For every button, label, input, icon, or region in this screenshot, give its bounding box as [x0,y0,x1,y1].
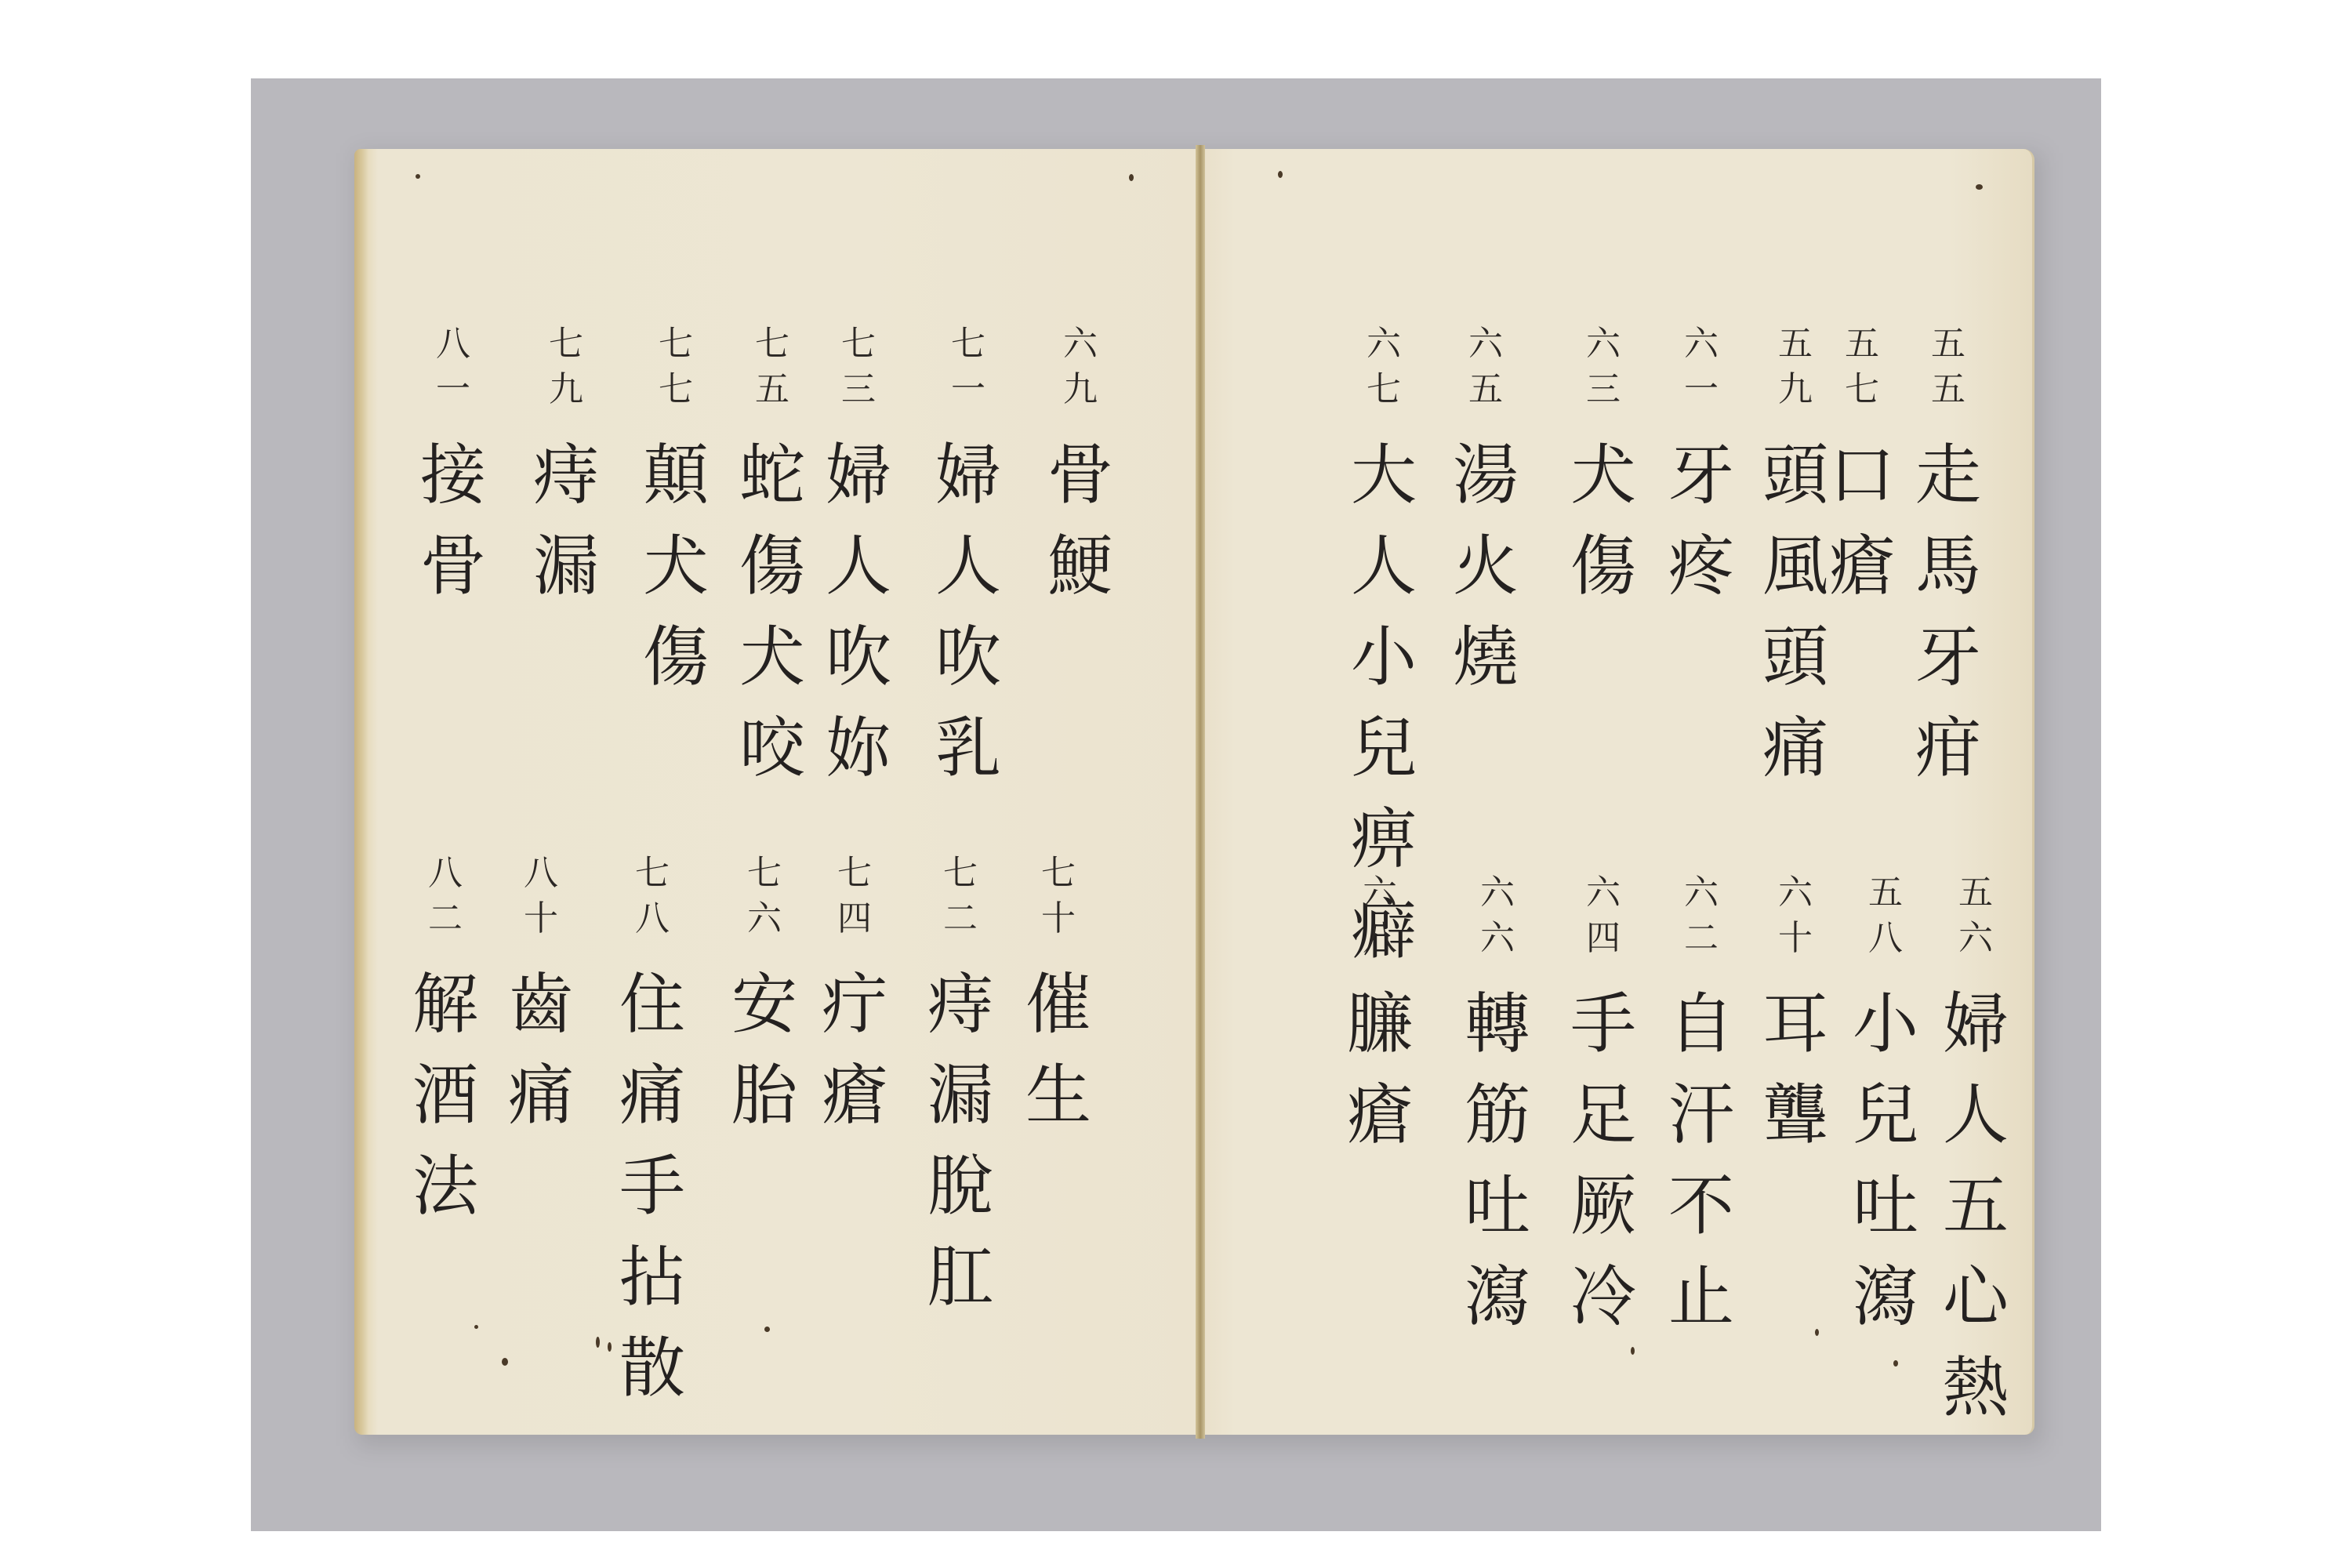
toc-entry: 五六婦人五心熱 [1936,870,2015,1433]
entry-number: 七七 [659,321,693,412]
paper-speck [502,1358,508,1366]
entry-title: 婦人五心熱 [1943,978,2009,1433]
toc-entry: 五七口瘡 [1823,321,1901,612]
entry-title: 婦人吹乳 [935,430,1001,793]
toc-entry: 七九痔漏 [527,321,605,612]
entry-number: 五五 [1931,321,1965,412]
toc-entry: 七四疔瘡 [815,851,894,1141]
toc-entry: 六三犬傷 [1564,321,1642,612]
toc-entry: 八二解酒法 [406,851,485,1232]
entry-title: 臁瘡 [1347,978,1413,1160]
entry-number: 七九 [549,321,583,412]
entry-title: 轉筋吐瀉 [1465,978,1530,1342]
toc-entry: 六九骨鯁 [1041,321,1120,612]
toc-entry: 七五蛇傷犬咬 [733,321,811,793]
paper-speck [1893,1360,1898,1367]
entry-title: 湯火燒 [1453,430,1519,702]
entry-title: 催生 [1025,959,1091,1141]
toc-entry: 八一接骨 [414,321,492,612]
entry-title: 蛇傷犬咬 [739,430,805,793]
entry-title: 住痛手拈散 [619,959,685,1414]
entry-number: 七十 [1041,851,1076,942]
entry-title: 痔漏 [533,430,599,612]
entry-number: 六九 [1063,321,1098,412]
paper-speck [764,1327,770,1332]
entry-title: 自汗不止 [1668,978,1734,1342]
paper-speck [608,1342,612,1352]
entry-number: 六一 [1684,321,1719,412]
toc-entry: 六二自汗不止 [1662,870,1740,1342]
toc-entry: 七三婦人吹妳 [819,321,898,793]
entry-number: 六五 [1468,321,1503,412]
toc-entry: 六十耳聾 [1756,870,1835,1160]
toc-entry: 七一婦人吹乳 [929,321,1007,793]
entry-title: 安胎 [731,959,797,1141]
entry-number: 七一 [951,321,985,412]
paper-speck [1815,1329,1819,1336]
entry-number: 六七 [1367,321,1401,412]
entry-number: 八一 [436,321,470,412]
toc-entry: 五九頭風頭痛 [1756,321,1835,793]
toc-entry: 八十齒痛 [502,851,580,1141]
entry-title: 走馬牙疳 [1915,430,1981,793]
entry-title: 顛犬傷 [643,430,709,702]
entry-number: 六二 [1684,870,1719,961]
toc-entry: 七七顛犬傷 [637,321,715,702]
entry-number: 六六 [1480,870,1515,961]
book-spine-gutter [1196,145,1205,1439]
entry-title: 疔瘡 [822,959,887,1141]
entry-title: 手足厥冷 [1570,978,1636,1342]
toc-entry: 五八小兒吐瀉 [1846,870,1925,1342]
entry-number: 七三 [841,321,876,412]
entry-number: 七二 [943,851,978,942]
entry-number: 六四 [1586,870,1621,961]
toc-entry: 六五湯火燒 [1446,321,1525,702]
entry-number: 八十 [524,851,558,942]
toc-entry: 六六轉筋吐瀉 [1458,870,1537,1342]
entry-title: 小兒吐瀉 [1853,978,1918,1342]
toc-entry: 六八臁瘡 [1341,870,1419,1160]
paper-speck [474,1325,478,1329]
entry-title: 牙疼 [1668,430,1734,612]
entry-number: 七五 [755,321,789,412]
toc-entry: 六一牙疼 [1662,321,1740,612]
entry-number: 七四 [837,851,872,942]
entry-title: 骨鯁 [1047,430,1113,612]
entry-title: 痔漏脫肛 [927,959,993,1323]
toc-entry: 七十催生 [1019,851,1098,1141]
entry-number: 五八 [1868,870,1903,961]
entry-title: 齒痛 [508,959,574,1141]
entry-number: 七八 [635,851,670,942]
toc-entry: 七六安胎 [725,851,804,1141]
entry-number: 六三 [1586,321,1621,412]
entry-number: 六八 [1363,870,1397,961]
entry-title: 犬傷 [1570,430,1636,612]
paper-speck [1631,1347,1635,1355]
entry-number: 五七 [1845,321,1879,412]
entry-title: 口瘡 [1829,430,1895,612]
entry-number: 五六 [1958,870,1993,961]
paper-speck [1278,171,1283,178]
entry-number: 八二 [428,851,463,942]
entry-title: 解酒法 [412,959,478,1232]
paper-speck [1129,174,1134,181]
toc-entry: 七二痔漏脫肛 [921,851,1000,1323]
paper-speck [416,174,420,179]
toc-entry: 五五走馬牙疳 [1909,321,1987,793]
toc-entry: 七八住痛手拈散 [613,851,691,1414]
entry-number: 七六 [747,851,782,942]
entry-title: 接骨 [420,430,486,612]
entry-title: 婦人吹妳 [826,430,891,793]
toc-entry: 六四手足厥冷 [1564,870,1642,1342]
entry-number: 五九 [1778,321,1813,412]
entry-number: 六十 [1778,870,1813,961]
paper-speck [1976,184,1983,190]
entry-title: 頭風頭痛 [1762,430,1828,793]
entry-title: 耳聾 [1762,978,1828,1160]
paper-speck [596,1337,600,1348]
